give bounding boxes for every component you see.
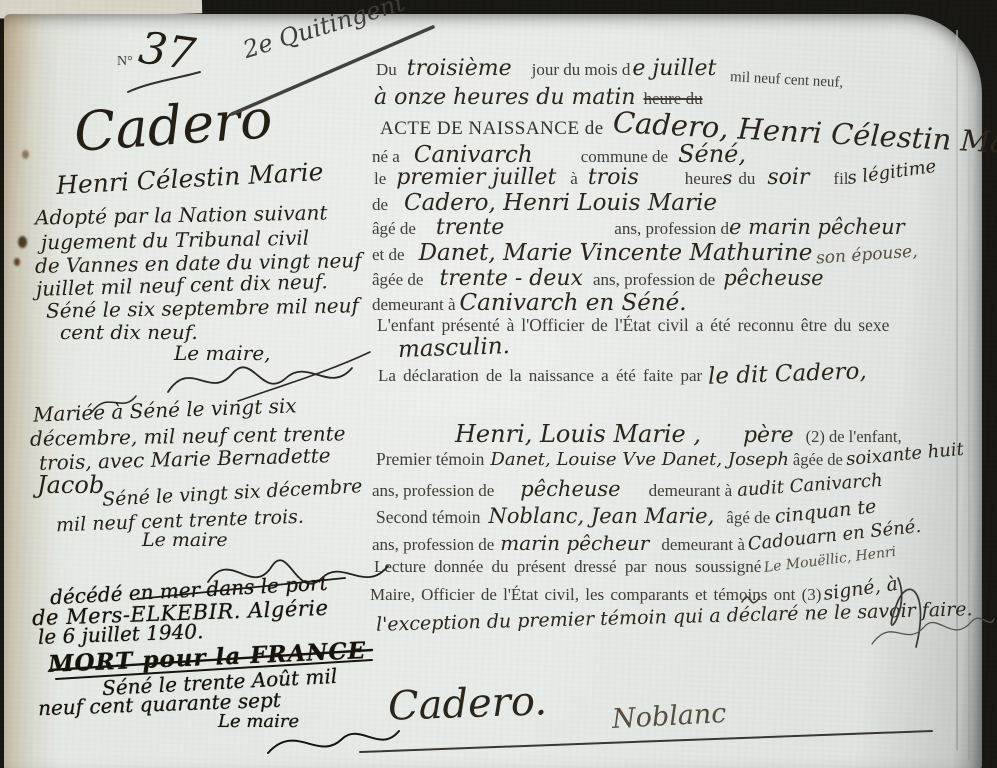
printed-segment: Du — [376, 60, 397, 80]
printed-segment: Second témoin — [376, 507, 481, 528]
act-declarant-line: Henri, Louis Marie , père (2) de l'enfan… — [455, 420, 902, 448]
handwritten-segment: Cadero, Henri Louis Marie — [404, 190, 717, 216]
handwritten-segment: troisième — [407, 56, 512, 81]
handwritten-segment: Danet, Marie Vincente Mathurine — [419, 240, 813, 266]
printed-segment: heure — [685, 169, 723, 189]
handwritten-segment: trois — [588, 165, 639, 190]
handwritten-segment: son épouse, — [816, 241, 919, 268]
printed-segment: La déclaration de la naissance a été fai… — [378, 366, 702, 386]
printed-segment: âgé de — [372, 219, 416, 239]
act-residence-line: demeurant à Canivarch en Séné. — [372, 290, 687, 316]
printed-segment: (2) de l'enfant, — [806, 427, 902, 447]
act-title-line: ACTE DE NAISSANCE de Cadero, Henri Céles… — [380, 107, 997, 141]
act-birthplace-line: né a Canivarch commune de Séné, — [372, 140, 746, 168]
death-signoff: Le maire — [218, 711, 299, 732]
printed-segment: le — [374, 169, 386, 189]
act-sex-value: masculin. — [398, 333, 511, 363]
act-birthtime-line: le premier juillet à trois heure s du so… — [374, 165, 938, 190]
act-sex-line: L'enfant présenté à l'Officier de l'État… — [377, 315, 889, 336]
printed-segment: ans, profession d — [614, 219, 729, 239]
binding-stain — [14, 258, 20, 266]
printed-segment: commune de — [581, 147, 668, 167]
handwritten-segment: e marin pêcheur — [729, 215, 905, 239]
act-number-label: N° — [117, 54, 133, 70]
handwritten-segment: père — [743, 423, 794, 448]
act-date-line: Du troisième jour du mois d e juillet mi… — [376, 56, 844, 81]
handwritten-segment: premier juillet — [396, 165, 556, 190]
handwritten-segment: marin pêcheur — [500, 531, 649, 555]
handwritten-segment: s — [723, 167, 733, 189]
handwritten-segment: pêcheuse — [723, 266, 823, 290]
handwritten-segment: pêcheuse — [520, 477, 620, 501]
marriage-note-line: Jacob — [37, 471, 104, 499]
printed-segment: ans, profession de — [593, 270, 715, 290]
printed-segment: ans, profession de — [372, 535, 494, 555]
act-witness1-detail-line: ans, profession de pêcheuse demeurant à … — [372, 477, 884, 501]
register-page-photo: N° 37 2e Quitingent Cadero Henri Célesti… — [0, 0, 997, 768]
printed-segment: du — [738, 169, 755, 189]
handwritten-segment: Canivarch en Séné. — [460, 290, 687, 316]
act-declaration-line: La déclaration de la naissance a été fai… — [378, 361, 867, 387]
binding-stain — [22, 150, 29, 159]
handwritten-segment: trente - deux — [439, 266, 583, 291]
act-father-line: de Cadero, Henri Louis Marie — [372, 190, 717, 216]
handwritten-segment: trente — [436, 215, 504, 240]
page-stack-edge — [968, 60, 970, 760]
printed-segment: demeurant à — [649, 481, 733, 501]
printed-segment: âgé de — [726, 508, 770, 528]
printed-segment: Maire, Officier de l'État civil, les com… — [370, 585, 821, 605]
printed-segment: et de — [372, 245, 405, 265]
handwritten-segment: Henri, Louis Marie , — [455, 420, 701, 448]
printed-segment: à — [570, 169, 578, 189]
declarant-signature: Cadero. — [387, 678, 547, 730]
handwritten-segment: le dit Cadero, — [708, 358, 868, 390]
handwritten-segment: e juillet — [632, 56, 716, 81]
adoption-signoff: Le maire, — [174, 341, 271, 365]
act-mother-detail-line: âgée de trente - deux ans, profession de… — [372, 266, 824, 291]
act-witness1-line: Premier témoin Danet, Louise Vve Danet, … — [376, 449, 965, 470]
marriage-signoff: Le maire — [142, 529, 228, 551]
printed-segment: de — [372, 195, 388, 215]
printed-segment: jour du mois d — [532, 60, 631, 80]
printed-segment: demeurant à — [661, 535, 745, 555]
printed-segment-struck: heure du — [644, 89, 703, 109]
printed-segment: âgée de — [793, 450, 843, 470]
printed-segment: né a — [372, 147, 400, 167]
act-number: 37 — [136, 22, 199, 80]
printed-segment: Premier témoin — [376, 449, 484, 470]
printed-segment: ACTE DE NAISSANCE de — [380, 118, 604, 140]
printed-segment: ans, profession de — [372, 481, 494, 501]
act-mother-line: et de Danet, Marie Vincente Mathurine so… — [372, 240, 918, 266]
handwritten-segment: soir — [767, 165, 809, 190]
act-closing-line1: Lecture donnée du présent dressé par nou… — [374, 557, 898, 577]
handwritten-segment: Noblanc, Jean Marie, — [489, 504, 715, 528]
binding-stain — [18, 236, 27, 248]
witness-signature: Noblanc — [611, 698, 727, 735]
handwritten-segment: Séné, — [678, 140, 746, 168]
act-father-detail-line: âgé de trente ans, profession d e marin … — [372, 215, 905, 240]
act-witness2-line: Second témoin Noblanc, Jean Marie, âgé d… — [376, 504, 878, 528]
handwritten-segment: Danet, Louise Vve Danet, Joseph — [490, 449, 789, 470]
printed-segment: Lecture donnée du présent dressé par nou… — [374, 557, 761, 577]
printed-segment: âgée de — [372, 270, 423, 290]
printed-segment: demeurant à — [372, 295, 456, 315]
